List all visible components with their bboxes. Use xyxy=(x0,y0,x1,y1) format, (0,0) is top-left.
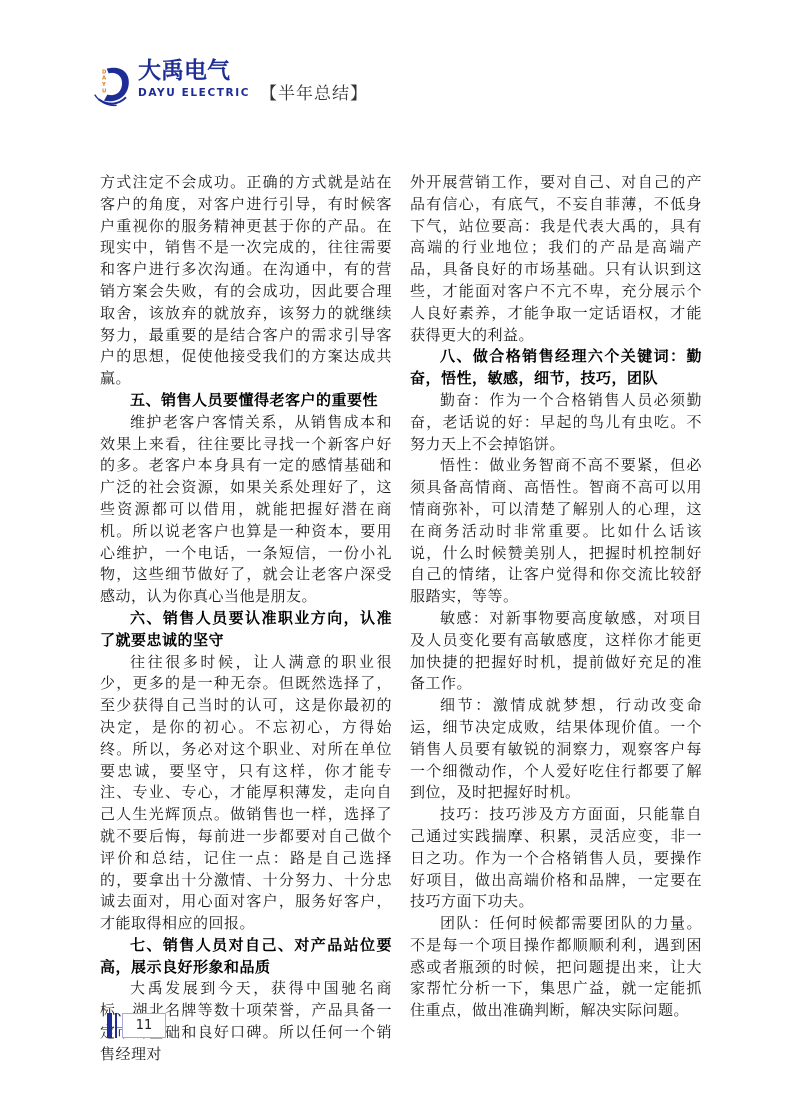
document-tag: 【半年总结】 xyxy=(260,79,368,104)
body-paragraph: 外开展营销工作，要对自己、对自己的产品有信心，有底气，不妄自菲薄，不低身下气，站… xyxy=(410,172,702,346)
body-paragraph: 维护老客户客情关系，从销售成本和效果上来看，往往要比寻找一个新客户好的多。老客户… xyxy=(100,412,392,608)
footer-bar-thin xyxy=(115,1013,117,1038)
dayu-logo-icon: DAYU xyxy=(92,58,132,114)
right-column: 外开展营销工作，要对自己、对自己的产品有信心，有底气，不妄自菲薄，不低身下气，站… xyxy=(410,172,702,1066)
logo-chinese-name: 大禹电气 xyxy=(138,58,250,86)
logo-english-name: DAYU ELECTRIC xyxy=(138,88,250,100)
body-paragraph: 细节：激情成就梦想，行动改变命运，细节决定成败，结果体现价值。一个销售人员要有敏… xyxy=(410,695,702,804)
document-page: DAYU 大禹电气 DAYU ELECTRIC 【半年总结】 方式注定不会成功。… xyxy=(0,0,800,1093)
dayu-logo-text: 大禹电气 DAYU ELECTRIC xyxy=(138,58,250,101)
document-body: 方式注定不会成功。正确的方式就是站在客户的角度，对客户进行引导，有时候客户重视你… xyxy=(100,172,702,1066)
body-paragraph: 敏感：对新事物要高度敏感，对项目及人员变化要有高敏感度，这样你才能更加快捷的把握… xyxy=(410,608,702,695)
body-paragraph: 勤奋：作为一个合格销售人员必须勤奋，老话说的好：早起的鸟儿有虫吃。不努力天上不会… xyxy=(410,390,702,455)
page-header: DAYU 大禹电气 DAYU ELECTRIC 【半年总结】 xyxy=(92,58,368,114)
dayu-logo: DAYU 大禹电气 DAYU ELECTRIC xyxy=(92,58,250,114)
left-column: 方式注定不会成功。正确的方式就是站在客户的角度，对客户进行引导，有时候客户重视你… xyxy=(100,172,392,1066)
body-paragraph: 悟性：做业务智商不高不要紧，但必须具备高情商、高悟性。智商不高可以用情商弥补，可… xyxy=(410,455,702,608)
section-heading: 六、销售人员要认准职业方向，认准了就要忠诚的坚守 xyxy=(100,608,392,652)
dayu-logo-vertical-letters: DAYU xyxy=(101,69,107,94)
body-paragraph: 方式注定不会成功。正确的方式就是站在客户的角度，对客户进行引导，有时候客户重视你… xyxy=(100,172,392,390)
section-heading: 八、做合格销售经理六个关键词：勤奋，悟性，敏感，细节，技巧，团队 xyxy=(410,346,702,390)
body-paragraph: 技巧：技巧涉及方方面面，只能靠自己通过实践揣摩、积累，灵活应变，非一日之功。作为… xyxy=(410,804,702,913)
section-heading: 五、销售人员要懂得老客户的重要性 xyxy=(100,390,392,412)
section-heading: 七、销售人员对自己、对产品站位要高，展示良好形象和品质 xyxy=(100,935,392,979)
body-paragraph: 往往很多时候，让人满意的职业很少，更多的是一种无奈。但既然选择了，至少获得自己当… xyxy=(100,652,392,935)
footer-bar-thick xyxy=(107,1013,112,1038)
body-paragraph: 团队：任何时候都需要团队的力量。不是每一个项目操作都顺顺利利，遇到困惑或者瓶颈的… xyxy=(410,913,702,1022)
page-number: 11 xyxy=(122,1013,166,1038)
page-footer: 11 xyxy=(107,1013,166,1038)
